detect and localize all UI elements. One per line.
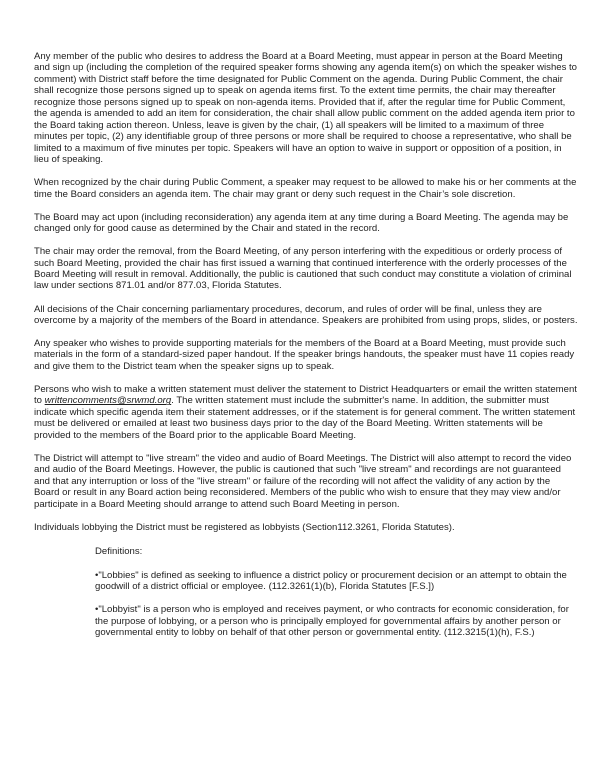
lobbying-paragraph: Individuals lobbying the District must b… [34, 522, 578, 533]
removal-paragraph: The chair may order the removal, from th… [34, 246, 578, 292]
definition-lobbyist: •"Lobbyist" is a person who is employed … [95, 604, 578, 638]
speaker-request-paragraph: When recognized by the chair during Publ… [34, 177, 578, 200]
written-statement-paragraph: Persons who wish to make a written state… [34, 384, 578, 441]
live-stream-paragraph: The District will attempt to "live strea… [34, 453, 578, 510]
public-comment-paragraph: Any member of the public who desires to … [34, 51, 578, 166]
email-link[interactable]: writtencomments@srwmd.org [45, 395, 172, 406]
chair-decisions-paragraph: All decisions of the Chair concerning pa… [34, 304, 578, 327]
document-page: Any member of the public who desires to … [0, 0, 600, 638]
definitions-label: Definitions: [95, 546, 578, 557]
agenda-action-paragraph: The Board may act upon (including recons… [34, 212, 578, 235]
definition-lobbies: •"Lobbies" is defined as seeking to infl… [95, 570, 578, 593]
supporting-materials-paragraph: Any speaker who wishes to provide suppor… [34, 338, 578, 372]
